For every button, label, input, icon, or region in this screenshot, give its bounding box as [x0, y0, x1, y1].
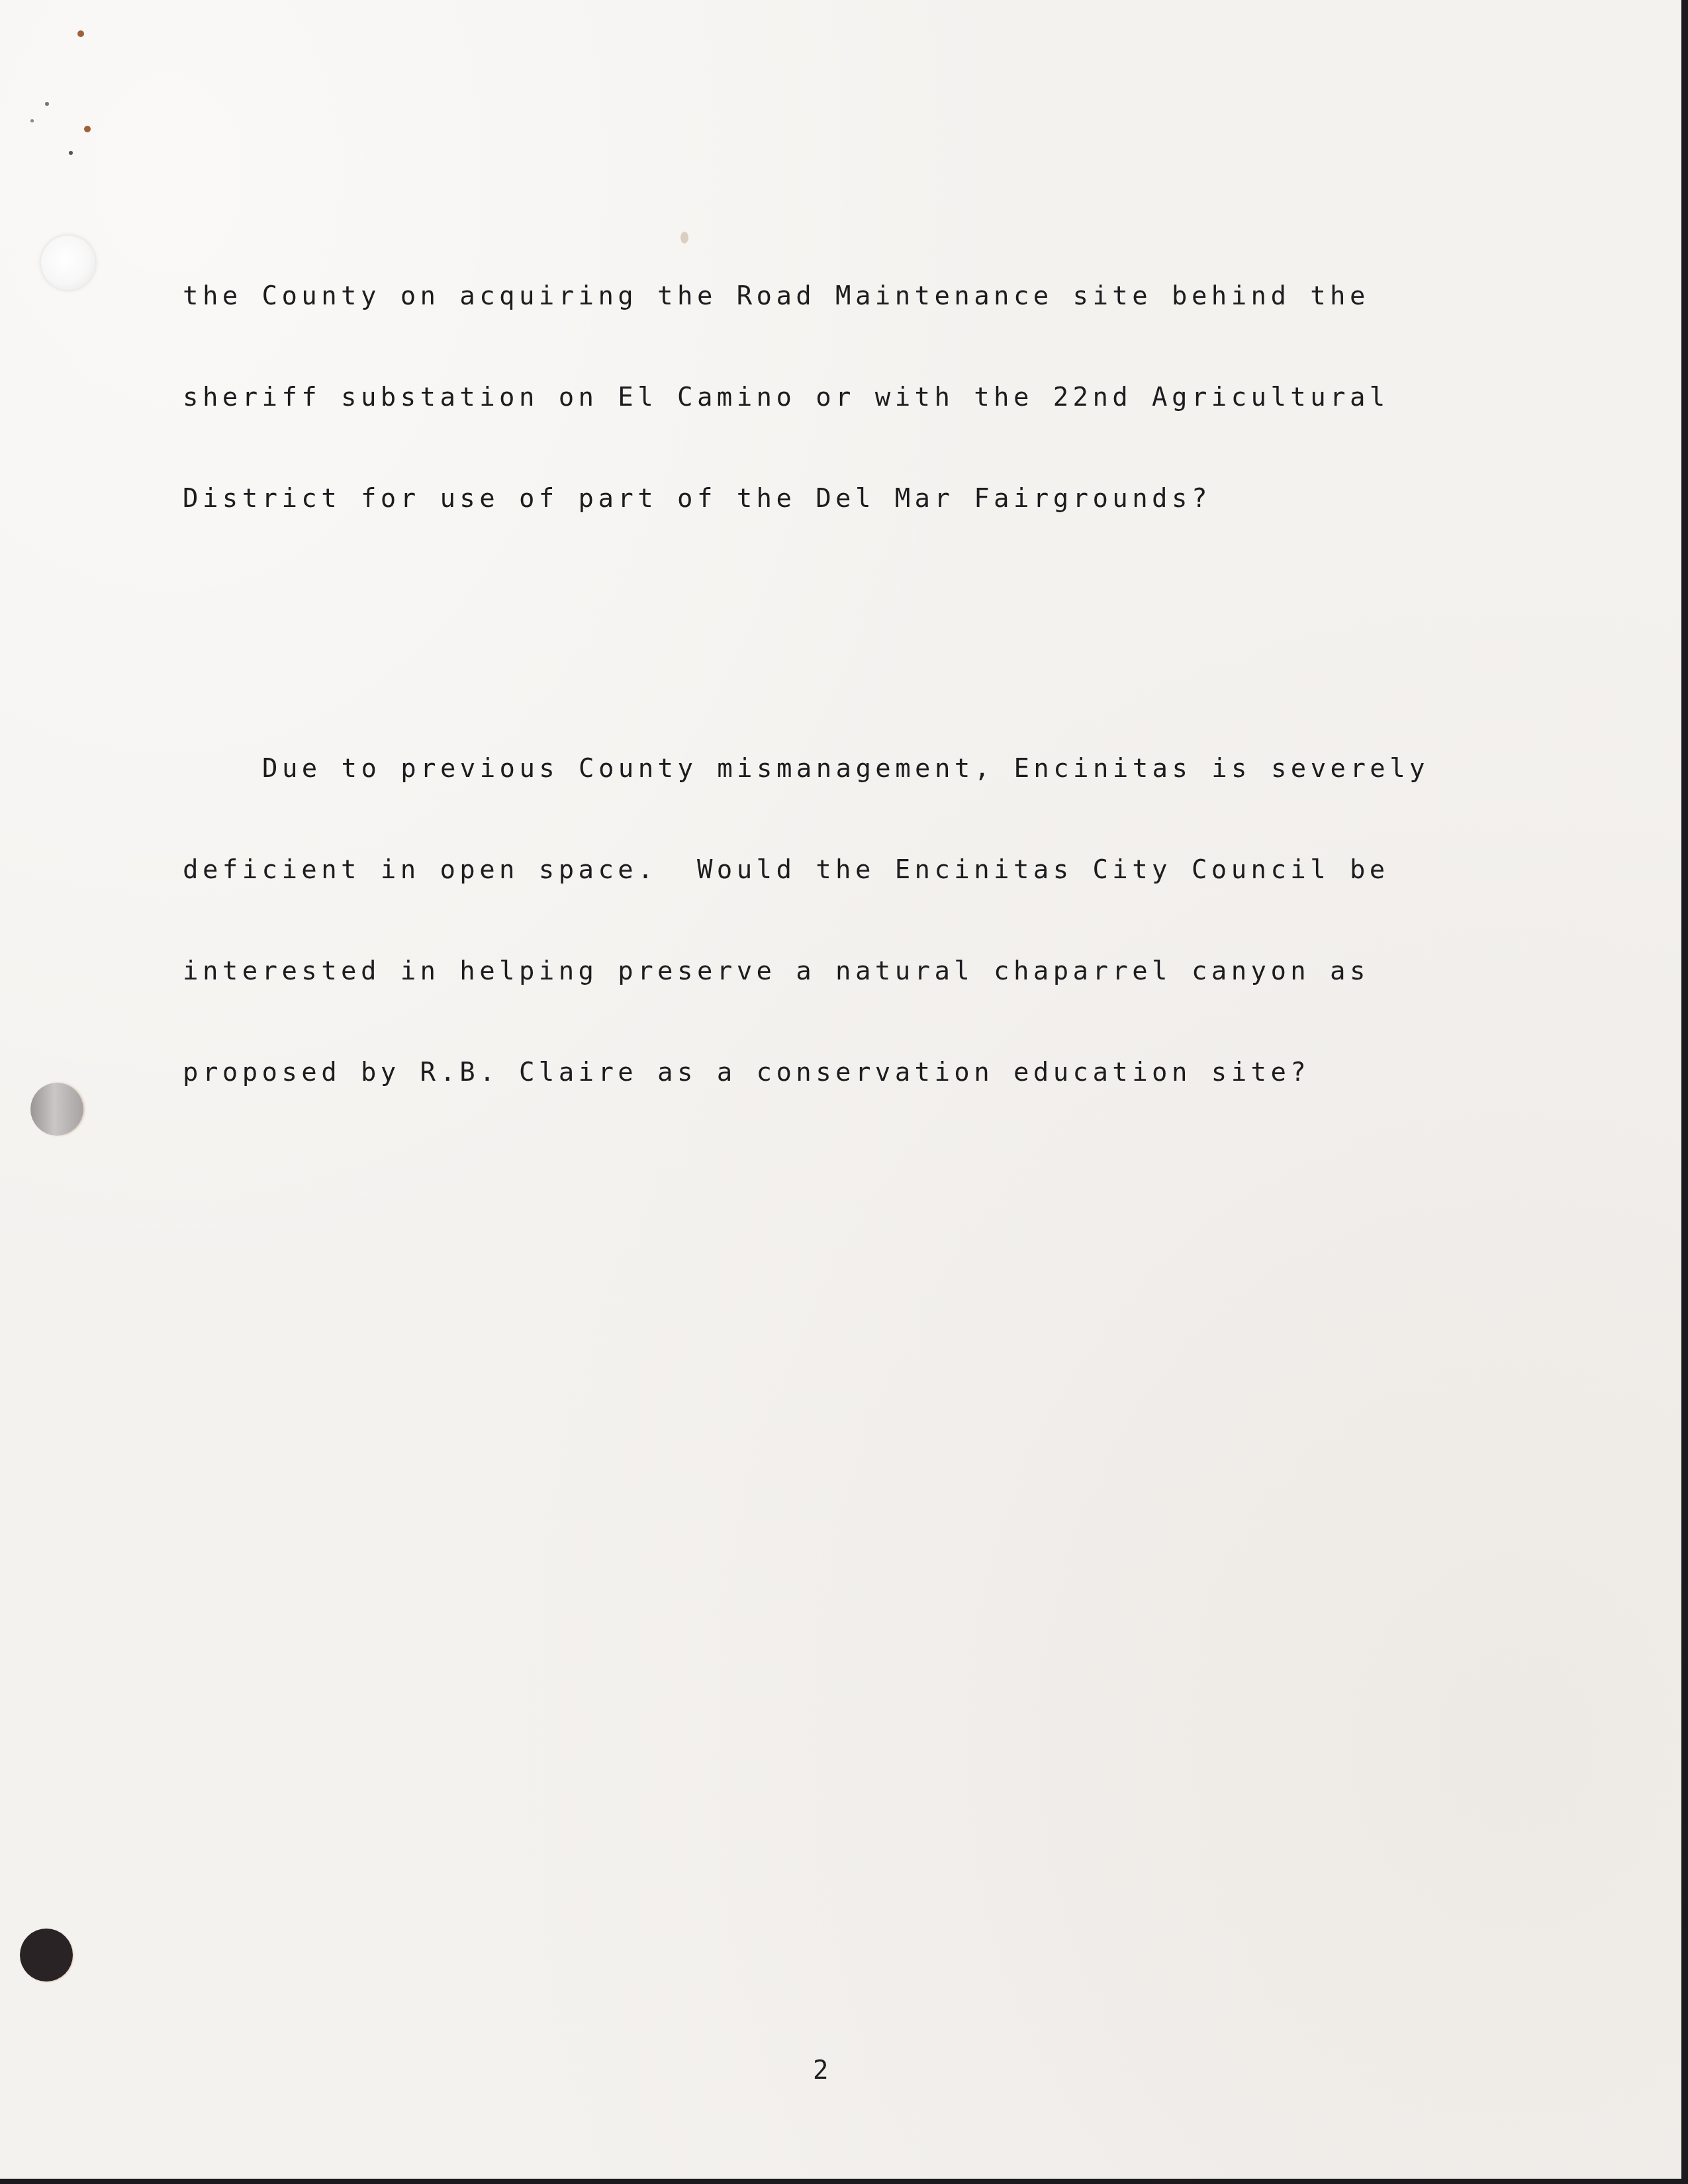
- text-line: the County on acquiring the Road Mainten…: [183, 279, 1507, 313]
- staple-hole-mark: [45, 102, 49, 106]
- paragraph-county-site: the County on acquiring the Road Mainten…: [183, 212, 1507, 583]
- scanned-page: the County on acquiring the Road Mainten…: [0, 0, 1681, 2179]
- paragraph-open-space: Due to previous County mismanagement, En…: [183, 684, 1507, 1157]
- punch-hole-bottom: [20, 1929, 73, 1981]
- text-line: sheriff substation on El Camino or with …: [183, 381, 1507, 414]
- punch-hole-middle: [30, 1083, 83, 1136]
- text-line: proposed by R.B. Claire as a conservatio…: [183, 1056, 1507, 1089]
- staple-hole-mark: [30, 119, 34, 122]
- staple-hole-mark: [69, 151, 73, 155]
- letter-body: the County on acquiring the Road Mainten…: [183, 144, 1507, 1258]
- text-line: interested in helping preserve a natural…: [183, 954, 1507, 988]
- rust-stain-mark: [84, 126, 91, 132]
- rust-stain-mark: [77, 30, 84, 37]
- text-line: deficient in open space. Would the Encin…: [183, 853, 1507, 887]
- text-line: District for use of part of the Del Mar …: [183, 482, 1507, 516]
- page-number: 2: [813, 2056, 828, 2085]
- punch-hole-top: [41, 236, 95, 290]
- text-line-content: Due to previous County mismanagement, En…: [262, 754, 1429, 784]
- text-line: Due to previous County mismanagement, En…: [183, 752, 1507, 786]
